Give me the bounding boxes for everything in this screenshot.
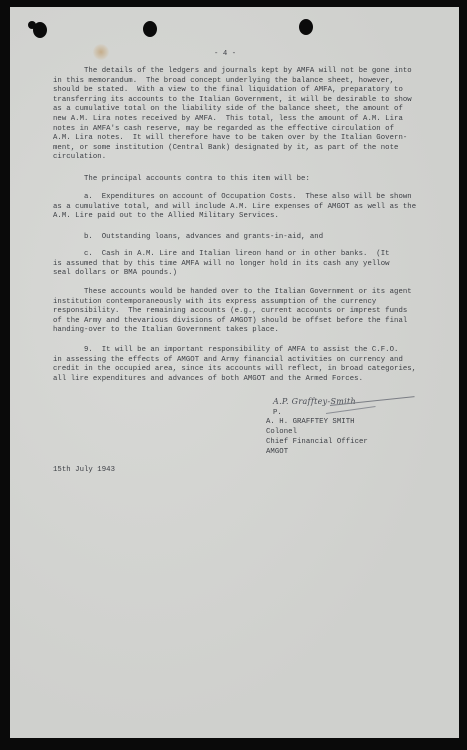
signatory-title: Chief Financial Officer [266,438,368,448]
page-number: - 4 - [214,50,236,60]
punch-hole [28,21,36,29]
signatory-organization: AMGOT [266,448,288,458]
punch-hole [299,19,313,35]
list-item-b: b. Outstanding loans, advances and grant… [53,233,323,243]
rust-stain [93,44,109,60]
list-item-a: a. Expenditures on account of Occupation… [53,193,416,222]
handwritten-signature: A.P. Grafftey-Smith [273,397,356,406]
signature-stroke [326,406,376,414]
signatory-name: A. H. GRAFFTEY SMITH [266,418,355,428]
paragraph-9: 9. It will be an important responsibilit… [53,346,416,384]
punch-hole [143,21,157,37]
document-date: 15th July 1943 [53,466,115,476]
paragraph-principal-accounts: The principal accounts contra to this it… [53,175,310,185]
document-page: - 4 - The details of the ledgers and jou… [10,7,459,738]
paragraph-ledgers: The details of the ledgers and journals … [53,67,412,163]
paragraph-handover: These accounts would be handed over to t… [53,288,412,336]
signatory-rank: Colonel [266,428,297,438]
list-item-c: c. Cash in A.M. Lire and Italian lireon … [53,250,390,279]
